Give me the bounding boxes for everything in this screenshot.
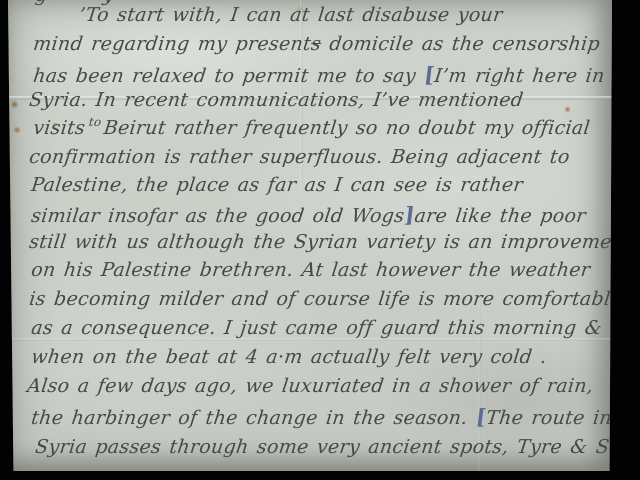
letter-line: visitstoBeirut rather frequently so no d…	[32, 117, 591, 139]
handwriting-text-segment: the harbinger of the change in the seaso…	[30, 407, 477, 429]
letter-line: has been relaxed to permit me to say [I’…	[32, 62, 606, 87]
handwriting-text-segment: to	[88, 115, 102, 129]
handwriting-text-segment: confirmation is rather superfluous. Bein…	[28, 146, 571, 168]
handwriting-text-segment: similar insofar as the good old Wogs	[30, 205, 406, 227]
handwriting-text-segment: visits	[32, 117, 87, 139]
letterbox-left	[0, 0, 8, 480]
letter-line: mind regarding my presents domicile as t…	[32, 33, 601, 55]
letter-line: Syria passes through some very ancient s…	[34, 436, 612, 458]
handwriting-text-segment: Syria passes through some very ancient s…	[34, 436, 612, 458]
handwriting-text-segment: when on the beat at 4 a·m actually felt …	[30, 346, 548, 368]
handwriting-text-segment: mind regarding my present	[32, 33, 312, 55]
letter-text: gy’To start with, I can at last disabuse…	[8, 0, 612, 471]
handwriting-text-segment: are like the poor	[413, 205, 587, 227]
letter-line: confirmation is rather superfluous. Bein…	[28, 146, 571, 168]
letter-line: the harbinger of the change in the seaso…	[30, 404, 612, 429]
letter-line: Palestine, the place as far as I can see…	[30, 174, 524, 196]
handwriting-text-segment: as a consequence. I just came off guard …	[30, 317, 603, 339]
photo-frame: gy’To start with, I can at last disabuse…	[0, 0, 640, 480]
letter-line: Syria. In recent communications, I’ve me…	[28, 89, 525, 111]
handwriting-text-segment: I’m right here in	[433, 65, 606, 87]
letterbox-bottom	[0, 471, 640, 480]
handwriting-text-segment: domicile as the censorship	[320, 33, 602, 55]
handwriting-text-segment: on his Palestine brethren. At last howev…	[30, 259, 592, 281]
handwriting-text-segment: Syria. In recent communications, I’ve me…	[28, 89, 525, 111]
letter-line: as a consequence. I just came off guard …	[30, 317, 603, 339]
handwriting-text-segment: has been relaxed to permit me to say	[32, 65, 426, 87]
handwriting-text-segment: is becoming milder and of course life is…	[28, 288, 612, 310]
letter-line: on his Palestine brethren. At last howev…	[30, 259, 592, 281]
letter-line: similar insofar as the good old Wogs]are…	[30, 202, 587, 227]
handwriting-text-segment: Also a few days ago, we luxuriated in a …	[26, 375, 595, 397]
handwriting-text-segment: still with us although the Syrian variet…	[28, 231, 612, 253]
cut-off-line-fragment: g	[34, 0, 49, 6]
letter-line: Also a few days ago, we luxuriated in a …	[26, 375, 595, 397]
handwriting-text-segment: The route into	[485, 407, 612, 429]
letter-line: when on the beat at 4 a·m actually felt …	[30, 346, 548, 368]
handwriting-text-segment: Beirut rather frequently so no doubt my …	[102, 117, 591, 139]
letter-line: still with us although the Syrian variet…	[28, 231, 612, 253]
handwriting-text-segment: ’To start with, I can at last disabuse y…	[78, 4, 504, 26]
letter-line: ’To start with, I can at last disabuse y…	[78, 4, 504, 26]
letter-paper: gy’To start with, I can at last disabuse…	[8, 0, 612, 471]
letterbox-right	[612, 0, 640, 480]
handwriting-text-segment: Palestine, the place as far as I can see…	[30, 174, 524, 196]
letter-line: is becoming milder and of course life is…	[28, 288, 612, 310]
